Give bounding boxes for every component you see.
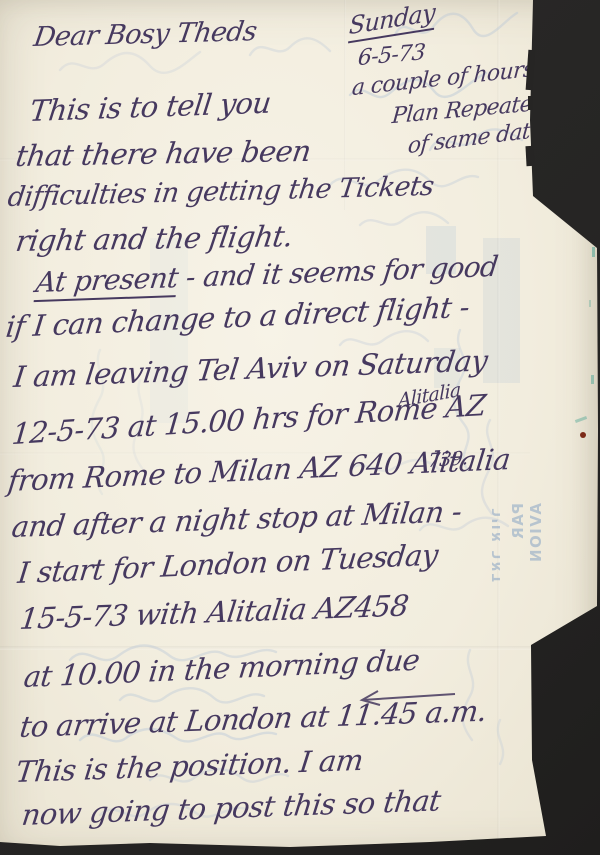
letter-line: I start for London on Tuesday	[16, 538, 440, 591]
airmail-hebrew-label: דאר אויר	[486, 508, 504, 584]
edge-mark	[591, 375, 594, 384]
greeting-line: Dear Bosy Theds	[32, 16, 259, 53]
letter-paper: דאר אויר PAR AVION Dear Bosy Theds Sunda…	[0, 0, 600, 855]
letter-line: 12-5-73 at 15.00 hrs for Rome AZ	[10, 388, 487, 451]
letter-line: right and the flight.	[14, 219, 295, 258]
ink-speck	[580, 432, 586, 438]
photo-of-letter: דאר אויר PAR AVION Dear Bosy Theds Sunda…	[0, 0, 600, 855]
letter-line: difficulties in getting the Tickets	[6, 171, 436, 213]
airmail-french-label: PAR AVION	[509, 503, 545, 589]
letter-line: from Rome to Milan AZ 640 Alitalia	[6, 442, 512, 498]
dateline-date: 6-5-73	[357, 40, 426, 71]
edge-mark	[575, 416, 587, 423]
dateline-day: Sunday	[348, 0, 435, 40]
letter-line: that there have been	[14, 134, 313, 173]
letter-line: This is the position. I am	[14, 743, 365, 789]
letter-line: to arrive at London at 11.45 a.m.	[18, 694, 489, 744]
at-present-underlined: At present	[34, 261, 180, 302]
letter-line: and after a night stop at Milan -	[10, 494, 464, 544]
airmail-imprint: דאר אויר PAR AVION	[477, 503, 553, 589]
letter-line: now going to post this so that	[20, 783, 443, 832]
letter-line: 15-5-73 with Alitalia AZ458	[18, 588, 410, 636]
dateline-day-text: Sunday	[348, 0, 436, 43]
edge-mark	[592, 247, 595, 257]
edge-mark	[589, 300, 591, 307]
at-present-rest: - and it seems for good	[176, 250, 500, 294]
letter-line: at 10.00 in the morning due	[22, 643, 421, 694]
letter-line: This is to tell you	[28, 86, 273, 129]
